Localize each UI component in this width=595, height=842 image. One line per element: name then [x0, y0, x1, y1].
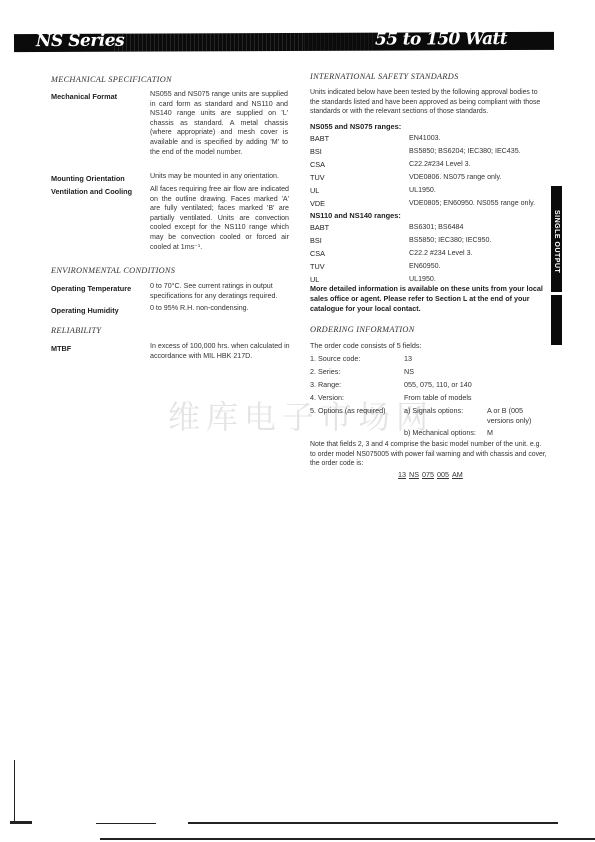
approval-body: BABT [310, 134, 329, 144]
watermark: 维库电子市场网 [168, 392, 434, 438]
mechanical-options-label: b) Mechanical options: [404, 428, 476, 438]
safety-title: INTERNATIONAL SAFETY STANDARDS [310, 72, 459, 81]
crop-mark-vertical [14, 760, 15, 824]
mechanical-format-label: Mechanical Format [51, 92, 117, 101]
environmental-title: ENVIRONMENTAL CONDITIONS [51, 266, 175, 275]
approval-body: CSA [310, 249, 325, 259]
group-2-heading: NS110 and NS140 ranges: [310, 211, 401, 220]
range-title: 55 to 150 Watt Range [375, 29, 554, 70]
field-3-label: 3. Range: [310, 380, 341, 390]
ordering-intro: The order code consists of 5 fields: [310, 341, 421, 351]
group-1-heading: NS055 and NS075 ranges: [310, 122, 401, 131]
standard-value: VDE0806. NS075 range only. [409, 173, 549, 183]
mounting-orientation-label: Mounting Orientation [51, 174, 125, 183]
series-title: NS Series [36, 31, 124, 51]
standard-value: BS6301; BS6484 [409, 223, 549, 233]
approval-body: CSA [310, 160, 325, 170]
field-4-label: 4. Version: [310, 393, 344, 403]
approval-body: VDE [310, 199, 325, 209]
field-1-value: 13 [404, 354, 412, 364]
standard-value: UL1950. [409, 186, 549, 196]
mtbf-label: MTBF [51, 344, 71, 353]
banner-texture [114, 33, 304, 52]
side-tab-label-wrap: SINGLE OUTPUT [551, 192, 562, 292]
side-tab-block [551, 295, 562, 345]
mtbf-value: In excess of 100,000 hrs. when calculate… [150, 342, 296, 361]
mounting-orientation-value: Units may be mounted in any orientation. [150, 172, 295, 182]
ordering-note: Note that fields 2, 3 and 4 comprise the… [310, 440, 548, 469]
header-banner: NS Series 55 to 150 Watt Range [14, 32, 554, 52]
operating-humidity-value: 0 to 95% R.H. non-condensing. [150, 304, 296, 314]
standard-value: C22.2#234 Level 3. [409, 160, 549, 170]
code-part: 13 [398, 470, 406, 479]
field-4-value: From table of models [404, 393, 472, 403]
approval-body: TUV [310, 173, 325, 183]
standard-value: VDE0805; EN60950. NS055 range only. [409, 199, 549, 209]
signal-options-label: a) Signals options: [404, 406, 463, 416]
approval-body: BABT [310, 223, 329, 233]
standard-value: EN60950. [409, 262, 549, 272]
mechanical-title: MECHANICAL SPECIFICATION [51, 75, 172, 84]
code-part: 005 [437, 470, 449, 479]
crop-mark-foot [10, 821, 32, 824]
banner-texture [304, 33, 374, 51]
ventilation-label: Ventilation and Cooling [51, 187, 132, 196]
standard-value: EN41003. [409, 134, 549, 144]
side-tab-label: SINGLE OUTPUT [553, 210, 560, 273]
safety-note: More detailed information is available o… [310, 284, 548, 314]
field-1-label: 1. Source code: [310, 354, 360, 364]
approval-body: TUV [310, 262, 325, 272]
standard-value: C22.2 #234 Level 3. [409, 249, 549, 259]
options-label: 5. Options (as required) [310, 406, 386, 416]
code-part: AM [452, 470, 463, 479]
code-part: NS [409, 470, 419, 479]
field-3-value: 055, 075, 110, or 140 [404, 380, 472, 390]
mechanical-options-value: M [487, 428, 493, 438]
footer-rule [96, 823, 156, 824]
operating-temperature-label: Operating Temperature [51, 284, 131, 293]
field-2-label: 2. Series: [310, 367, 340, 377]
field-2-value: NS [404, 367, 414, 377]
code-part: 075 [422, 470, 434, 479]
operating-humidity-label: Operating Humidity [51, 306, 119, 315]
standard-value: BS5850; BS6204; IEC380; IEC435. [409, 147, 549, 157]
approval-body: BSI [310, 236, 322, 246]
footer-rule-bottom [100, 838, 595, 840]
safety-intro: Units indicated below have been tested b… [310, 88, 546, 117]
signal-options-value: A or B (005 versions only) [487, 406, 542, 425]
footer-rule [188, 822, 558, 824]
approval-body: UL [310, 186, 319, 196]
order-code-example: 13NS075005AM [398, 470, 466, 479]
standard-value: BS5850; IEC380; IEC950. [409, 236, 549, 246]
mechanical-format-value: NS055 and NS075 range units are supplied… [150, 90, 288, 157]
ventilation-value: All faces requiring free air flow are in… [150, 185, 289, 252]
reliability-title: RELIABILITY [51, 326, 101, 335]
approval-body: BSI [310, 147, 322, 157]
operating-temperature-value: 0 to 70°C. See current ratings in output… [150, 282, 296, 301]
ordering-title: ORDERING INFORMATION [310, 325, 415, 334]
